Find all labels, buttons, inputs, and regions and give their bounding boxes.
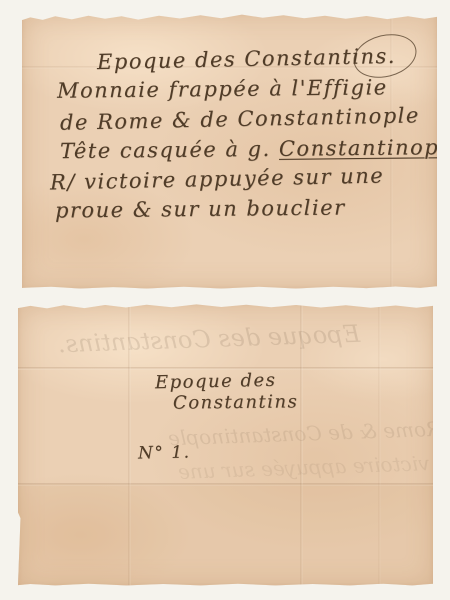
handwritten-line: Epoque des xyxy=(155,370,277,394)
fold-crease xyxy=(300,303,303,586)
fold-crease xyxy=(18,483,433,486)
scan-background: Epoque des Constantins. Monnaie frappée … xyxy=(0,0,450,600)
handwritten-text-underlined: Constantinopoli xyxy=(279,135,450,161)
bleed-through-text: Epoque des Constantins. xyxy=(58,320,361,359)
fold-crease xyxy=(378,303,381,586)
handwritten-line: Constantins xyxy=(173,391,299,413)
handwritten-line: Epoque des Constantins. xyxy=(97,44,396,74)
bleed-through-text: R/ victoire appuyée sur une xyxy=(178,450,450,484)
handwritten-number: N° 1. xyxy=(138,442,191,463)
handwritten-line: Monnaie frappée à l'Effigie xyxy=(57,75,388,102)
fold-crease xyxy=(128,303,131,586)
bleed-through-text: de Rome & de Constantinople xyxy=(168,416,450,451)
fold-crease xyxy=(18,367,433,370)
handwritten-text: Tête casquée à g. xyxy=(60,137,271,163)
handwritten-line: Tête casquée à g. Constantinopoli xyxy=(60,135,450,163)
handwritten-line: proue & sur un bouclier xyxy=(55,195,346,222)
front-note-paper: Epoque des Constantins. Monnaie frappée … xyxy=(22,13,437,289)
handwritten-line: R/ victoire appuyée sur une xyxy=(50,164,385,195)
handwritten-line: de Rome & de Constantinople xyxy=(60,103,420,135)
back-note-paper: Epoque des Constantins. de Rome & de Con… xyxy=(18,303,433,586)
paper-shading xyxy=(18,484,433,586)
